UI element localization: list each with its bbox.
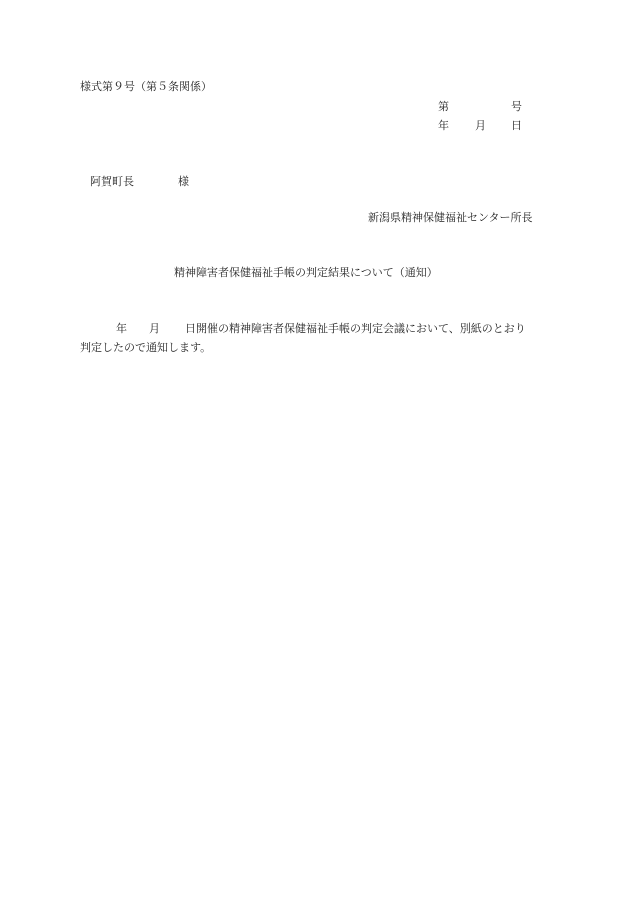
doc-number-prefix: 第 xyxy=(438,100,449,114)
date-year-label: 年 xyxy=(438,119,449,133)
document-subject: 精神障害者保健福祉手帳の判定結果について（通知） xyxy=(174,266,438,280)
date-month-label: 月 xyxy=(475,119,486,133)
recipient-name: 阿賀町長 xyxy=(90,175,134,189)
form-number: 様式第９号（第５条関係） xyxy=(80,80,212,94)
doc-number-suffix: 号 xyxy=(511,100,522,114)
body-text-line1: 日開催の精神障害者保健福祉手帳の判定会議において、別紙のとおり xyxy=(185,322,526,336)
body-text-line2: 判定したので通知します。 xyxy=(80,341,211,355)
date-day-label: 日 xyxy=(511,119,522,133)
body-month-label: 月 xyxy=(149,322,160,336)
sender-title: 新潟県精神保健福祉センター所長 xyxy=(368,211,533,225)
recipient-honorific: 様 xyxy=(178,175,189,189)
body-year-label: 年 xyxy=(116,322,127,336)
